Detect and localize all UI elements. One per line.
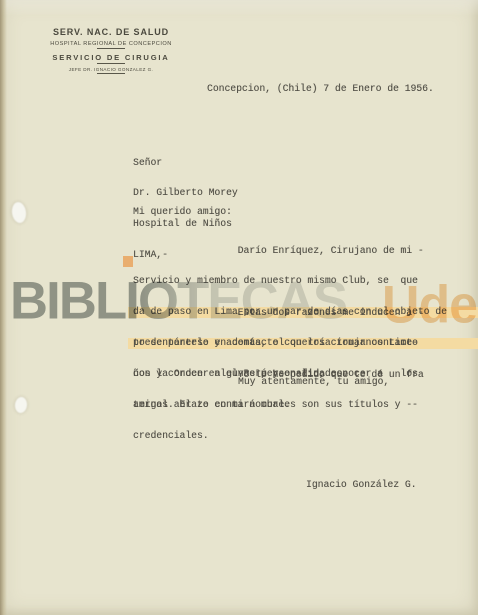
closing-line: Muy atentamente, tu amigo,	[238, 377, 389, 387]
scan-edge-shadow	[0, 0, 7, 615]
letterhead-rule	[97, 63, 125, 64]
date-line: Concepcion, (Chile) 7 de Enero de 1956.	[207, 84, 434, 94]
letterhead-service: SERVICIO DE CIRUGIA	[30, 53, 192, 62]
body-line: Estas dos razones me inducen a -	[133, 308, 478, 318]
body-line: credenciales.	[133, 431, 478, 441]
signature-name: Ignacio González G.	[306, 480, 416, 490]
letterhead: SERV. NAC. DE SALUD HOSPITAL REGIONAL DE…	[30, 27, 192, 74]
hole-punch-bottom	[14, 396, 28, 413]
letterhead-hospital: HOSPITAL REGIONAL DE CONCEPCION	[30, 41, 192, 47]
letterhead-org: SERV. NAC. DE SALUD	[30, 27, 192, 37]
hole-punch-top	[11, 201, 28, 224]
body-line: Darío Enríquez, Cirujano de mi -	[133, 246, 478, 256]
salutation: Mi querido amigo:	[133, 207, 232, 217]
letterhead-rule	[97, 48, 125, 49]
body-line: Servicio y miembro de nuestro mismo Club…	[133, 276, 478, 286]
scanned-letter-page: SERV. NAC. DE SALUD HOSPITAL REGIONAL DE…	[0, 0, 478, 615]
addressee-name: Dr. Gilberto Morey	[133, 188, 238, 198]
body-line: presentártelo y además, el querría tomar…	[133, 338, 478, 348]
letterhead-rule	[97, 73, 125, 74]
highlight-mark	[123, 256, 133, 267]
paragraph-3: Yo le he pedido que te dé un fra ternal …	[133, 349, 478, 431]
addressee-salutation: Señor	[133, 158, 238, 168]
letterhead-chief: JEFE DR. IGNACIO GONZALEZ G.	[30, 67, 192, 72]
body-line: ternal abrazo en mi nombre.	[133, 400, 478, 410]
